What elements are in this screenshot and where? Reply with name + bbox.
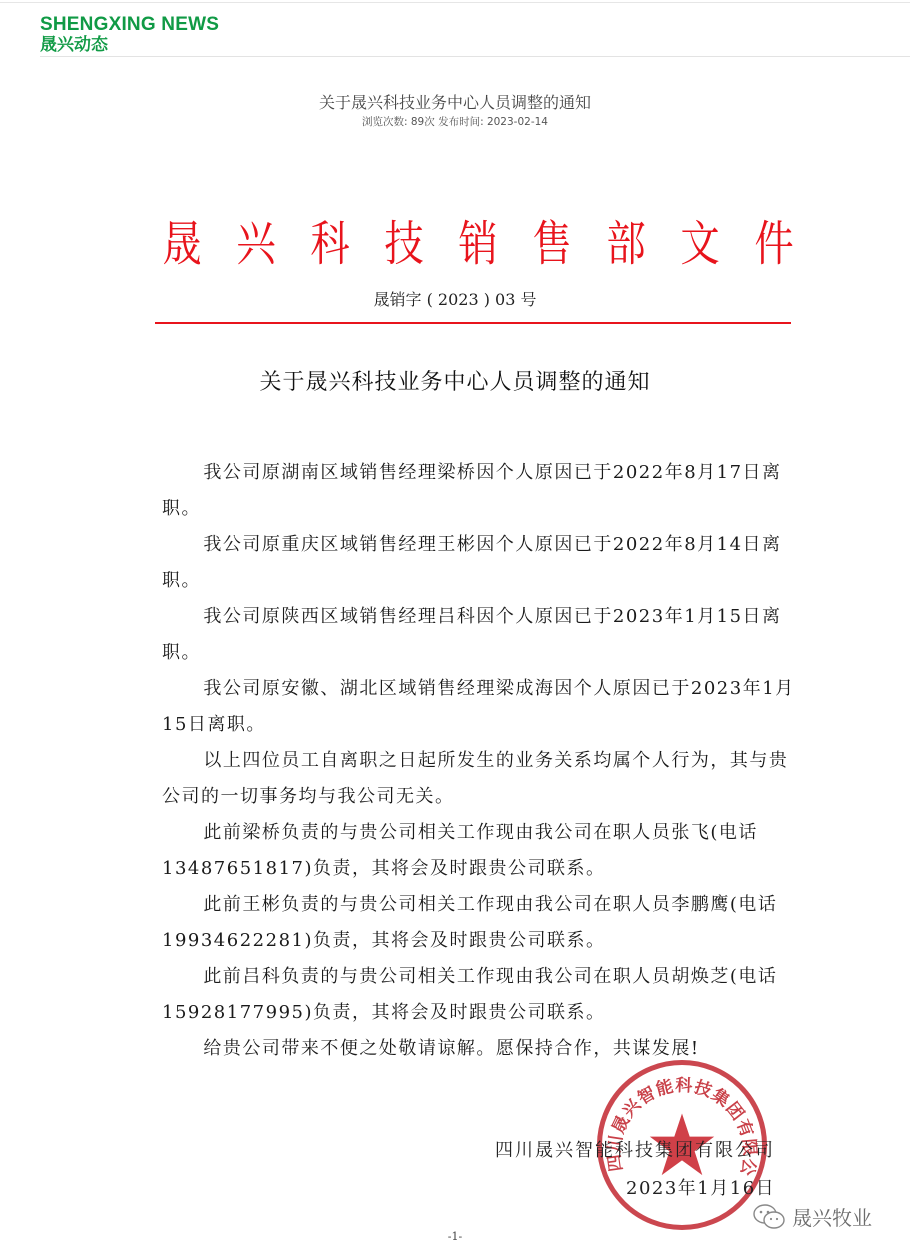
paragraph: 以上四位员工自离职之日起所发生的业务关系均属个人行为，其与贵公司的一切事务均与我… (162, 743, 798, 815)
document-title: 关于晟兴科技业务中心人员调整的通知 (0, 365, 910, 396)
letterhead-char: 兴 (236, 212, 275, 276)
letterhead-char: 文 (680, 212, 719, 276)
paragraph: 我公司原湖南区域销售经理梁桥因个人原因已于2022年8月17日离职。 (162, 455, 798, 527)
red-letterhead: 晟 兴 科 技 销 售 部 文 件 (158, 212, 798, 276)
paragraph: 此前梁桥负责的与贵公司相关工作现由我公司在职人员张飞(电话13487651817… (162, 815, 798, 887)
brand-chinese: 晟兴动态 (40, 35, 219, 55)
top-border (0, 2, 910, 3)
document-number: 晟销字 ( 2023 ) 03 号 (0, 287, 910, 310)
wechat-watermark: 晟兴牧业 (752, 1202, 872, 1231)
paragraph: 此前王彬负责的与贵公司相关工作现由我公司在职人员李鹏鹰(电话1993462228… (162, 887, 798, 959)
page-number: -1- (0, 1230, 910, 1243)
letterhead-char: 部 (606, 212, 645, 276)
paragraph: 我公司原重庆区域销售经理王彬因个人原因已于2022年8月14日离职。 (162, 527, 798, 599)
brand-logo[interactable]: SHENGXING NEWS 晟兴动态 (40, 14, 219, 55)
paragraph: 此前吕科负责的与贵公司相关工作现由我公司在职人员胡焕芝(电话1592817799… (162, 959, 798, 1031)
letterhead-char: 售 (532, 212, 571, 276)
letterhead-char: 销 (458, 212, 497, 276)
paragraph: 我公司原陕西区域销售经理吕科因个人原因已于2023年1月15日离职。 (162, 599, 798, 671)
paragraph: 我公司原安徽、湖北区域销售经理梁成海因个人原因已于2023年1月15日离职。 (162, 671, 798, 743)
header-divider (40, 56, 910, 57)
article-title: 关于晟兴科技业务中心人员调整的通知 (0, 90, 910, 113)
brand-english: SHENGXING NEWS (40, 14, 219, 35)
letterhead-char: 技 (384, 212, 423, 276)
wechat-icon (752, 1203, 786, 1231)
letterhead-char: 科 (310, 212, 349, 276)
article-meta: 浏览次数: 89次 发布时间: 2023-02-14 (0, 114, 910, 129)
watermark-text: 晟兴牧业 (792, 1202, 872, 1231)
letterhead-char: 晟 (162, 212, 201, 276)
signature-company: 四川晟兴智能科技集团有限公司 (495, 1136, 775, 1162)
red-divider (155, 322, 791, 324)
letterhead-char: 件 (754, 212, 793, 276)
document-body: 我公司原湖南区域销售经理梁桥因个人原因已于2022年8月17日离职。 我公司原重… (162, 455, 798, 1067)
signature-date: 2023年1月16日 (626, 1174, 775, 1200)
